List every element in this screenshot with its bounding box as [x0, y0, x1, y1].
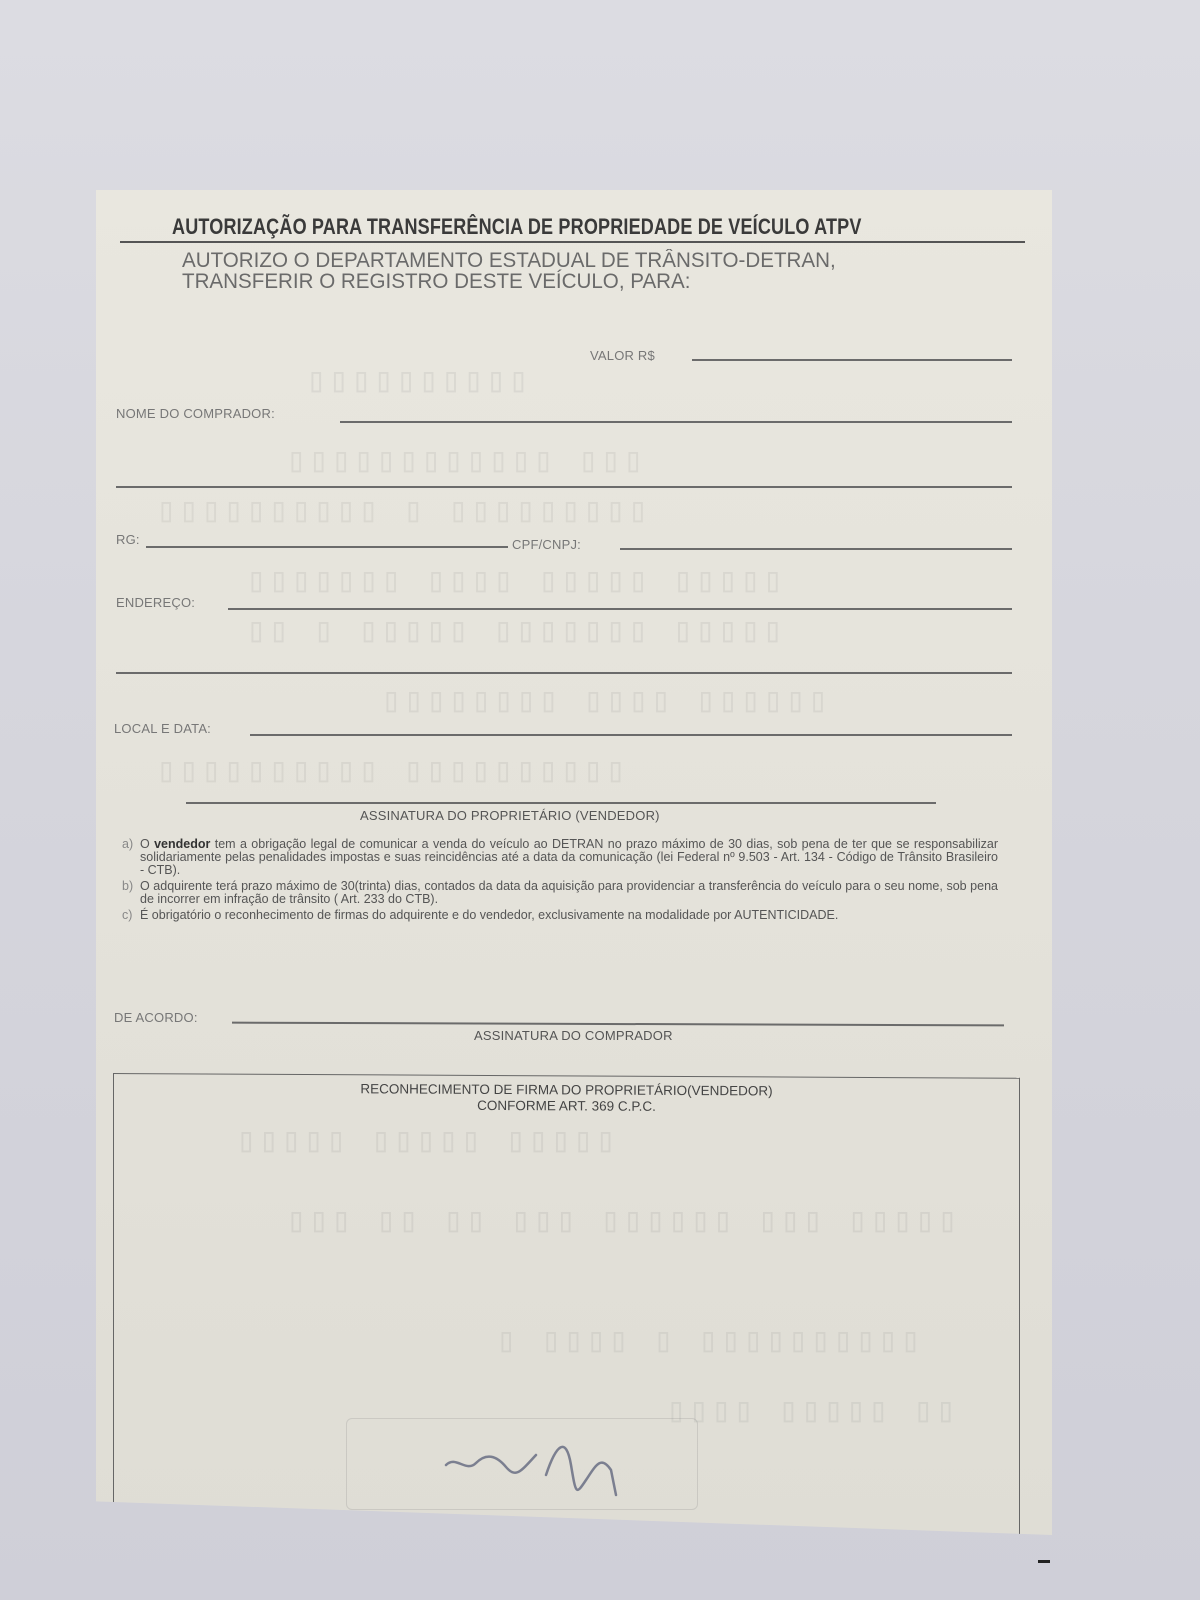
- note-marker: c): [122, 909, 132, 922]
- legal-note-c: c) É obrigatório o reconhecimento de fir…: [118, 909, 998, 922]
- endereco-label: ENDEREÇO:: [116, 595, 195, 610]
- note-marker: b): [122, 880, 133, 893]
- cpf-cnpj-field[interactable]: [620, 548, 1012, 550]
- title-underline: [120, 241, 1025, 243]
- valor-label: VALOR R$: [590, 348, 655, 363]
- legal-note-b: b) O adquirente terá prazo máximo de 30(…: [118, 880, 998, 906]
- handwritten-signature: [426, 1425, 706, 1515]
- rg-label: RG:: [116, 532, 140, 547]
- nome-comprador-continuation-field[interactable]: [116, 486, 1012, 488]
- atpv-form-paper: ▯▯▯▯▯▯▯▯▯▯ ▯▯▯▯▯▯▯▯▯▯▯▯ ▯▯▯ ▯▯▯▯▯▯▯▯▯▯ ▯…: [96, 190, 1052, 1535]
- seller-signature-caption: ASSINATURA DO PROPRIETÁRIO (VENDEDOR): [360, 808, 660, 823]
- nome-comprador-label: NOME DO COMPRADOR:: [116, 406, 275, 421]
- authorization-statement: AUTORIZO O DEPARTAMENTO ESTADUAL DE TRÂN…: [182, 250, 836, 292]
- legal-note-a: a) O vendedor tem a obrigação legal de c…: [118, 838, 998, 877]
- note-emphasis: vendedor: [154, 837, 210, 851]
- edge-mark: [1038, 1560, 1050, 1563]
- bleed-through-text: ▯▯▯▯▯▯▯▯▯▯▯▯ ▯▯▯: [286, 440, 645, 482]
- bleed-through-text: ▯▯▯▯▯▯▯▯ ▯▯▯▯ ▯▯▯▯▯▯: [381, 680, 830, 722]
- local-data-field[interactable]: [250, 734, 1012, 736]
- legal-notes: a) O vendedor tem a obrigação legal de c…: [118, 838, 998, 925]
- de-acordo-label: DE ACORDO:: [114, 1010, 198, 1025]
- endereco-field[interactable]: [228, 608, 1012, 610]
- authorization-line-2: TRANSFERIR O REGISTRO DESTE VEÍCULO, PAR…: [182, 271, 836, 292]
- buyer-signature-caption: ASSINATURA DO COMPRADOR: [474, 1028, 673, 1043]
- rg-field[interactable]: [146, 546, 508, 548]
- document-title: AUTORIZAÇÃO PARA TRANSFERÊNCIA DE PROPRI…: [172, 214, 862, 240]
- bleed-through-text: ▯▯▯▯▯▯▯ ▯▯▯▯ ▯▯▯▯▯ ▯▯▯▯▯: [246, 560, 785, 602]
- notary-box-title: RECONHECIMENTO DE FIRMA DO PROPRIETÁRIO(…: [114, 1080, 1019, 1117]
- buyer-signature-field[interactable]: [232, 1022, 1004, 1026]
- authorization-line-1: AUTORIZO O DEPARTAMENTO ESTADUAL DE TRÂN…: [182, 250, 836, 271]
- bleed-through-text: ▯▯▯▯▯▯▯▯▯▯ ▯ ▯▯▯▯▯▯▯▯▯: [156, 490, 650, 532]
- note-marker: a): [122, 838, 133, 851]
- seller-signature-field[interactable]: [186, 802, 936, 804]
- nome-comprador-field[interactable]: [340, 421, 1012, 423]
- bleed-through-text: ▯▯ ▯ ▯▯▯▯▯ ▯▯▯▯▯▯▯ ▯▯▯▯▯: [246, 610, 785, 652]
- endereco-continuation-field[interactable]: [116, 672, 1012, 674]
- bleed-through-text: ▯▯▯▯▯▯▯▯▯▯: [306, 360, 531, 402]
- cpf-cnpj-label: CPF/CNPJ:: [512, 537, 581, 552]
- bleed-through-text: ▯▯▯▯▯▯▯▯▯▯ ▯▯▯▯▯▯▯▯▯▯: [156, 750, 628, 792]
- valor-field[interactable]: [692, 359, 1012, 361]
- local-data-label: LOCAL E DATA:: [114, 721, 211, 736]
